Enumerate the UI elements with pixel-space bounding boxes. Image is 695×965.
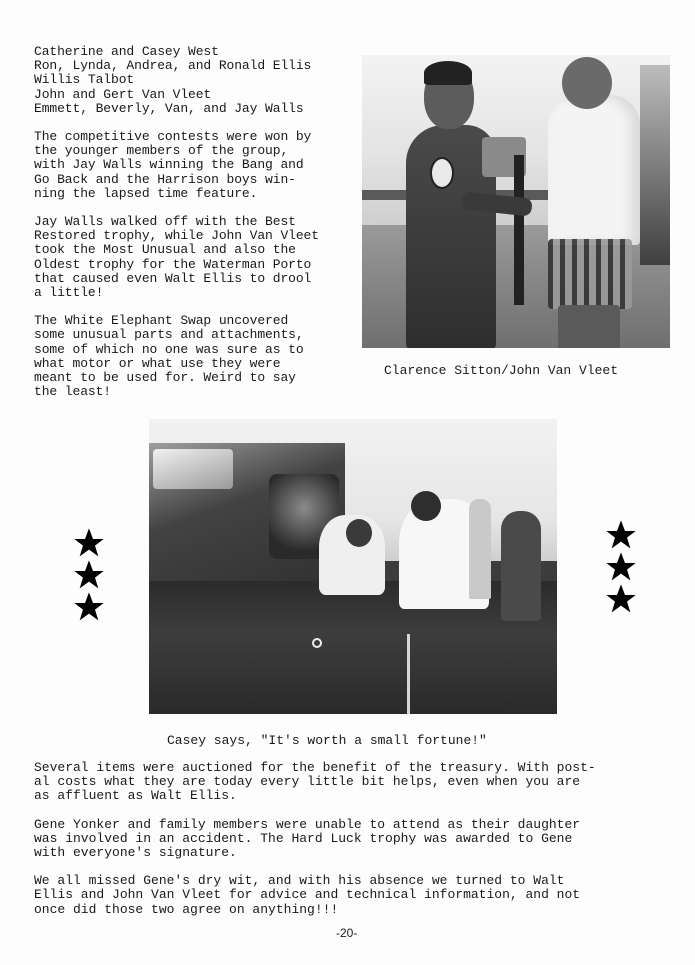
star-icon	[604, 551, 638, 583]
vehicle-photo-caption: Casey says, "It's worth a small fortune!…	[167, 733, 557, 748]
newsletter-page: Catherine and Casey West Ron, Lynda, And…	[0, 0, 695, 965]
handshake-photo-caption: Clarence Sitton/John Van Vleet	[384, 363, 664, 378]
attendee-line: Catherine and Casey West	[34, 45, 364, 59]
attendee-line: John and Gert Van Vleet	[34, 88, 364, 102]
left-star-decoration	[72, 527, 106, 623]
vehicle-group-photo	[149, 419, 557, 714]
star-icon	[72, 527, 106, 559]
uniform-patch	[430, 157, 454, 189]
page-number: -20-	[336, 926, 357, 940]
outboard-motor	[514, 155, 524, 305]
trophies-paragraph: Jay Walls walked off with the Best Resto…	[34, 215, 364, 300]
attendee-line: Willis Talbot	[34, 73, 364, 87]
contests-paragraph: The competitive contests were won by the…	[34, 130, 364, 201]
swap-paragraph: The White Elephant Swap uncovered some u…	[34, 314, 364, 399]
right-star-decoration	[604, 519, 638, 615]
attendee-line: Emmett, Beverly, Van, and Jay Walls	[34, 102, 364, 116]
closing-paragraph: We all missed Gene's dry wit, and with h…	[34, 874, 674, 917]
star-icon	[72, 591, 106, 623]
star-icon	[604, 583, 638, 615]
attendee-list: Catherine and Casey West Ron, Lynda, And…	[34, 45, 364, 116]
handshake-photo	[362, 55, 670, 348]
left-column: Catherine and Casey West Ron, Lynda, And…	[34, 45, 364, 413]
hard-luck-paragraph: Gene Yonker and family members were unab…	[34, 818, 674, 861]
attendee-line: Ron, Lynda, Andrea, and Ronald Ellis	[34, 59, 364, 73]
bottom-section: Several items were auctioned for the ben…	[34, 761, 674, 931]
star-icon	[604, 519, 638, 551]
star-icon	[72, 559, 106, 591]
auction-paragraph: Several items were auctioned for the ben…	[34, 761, 674, 804]
